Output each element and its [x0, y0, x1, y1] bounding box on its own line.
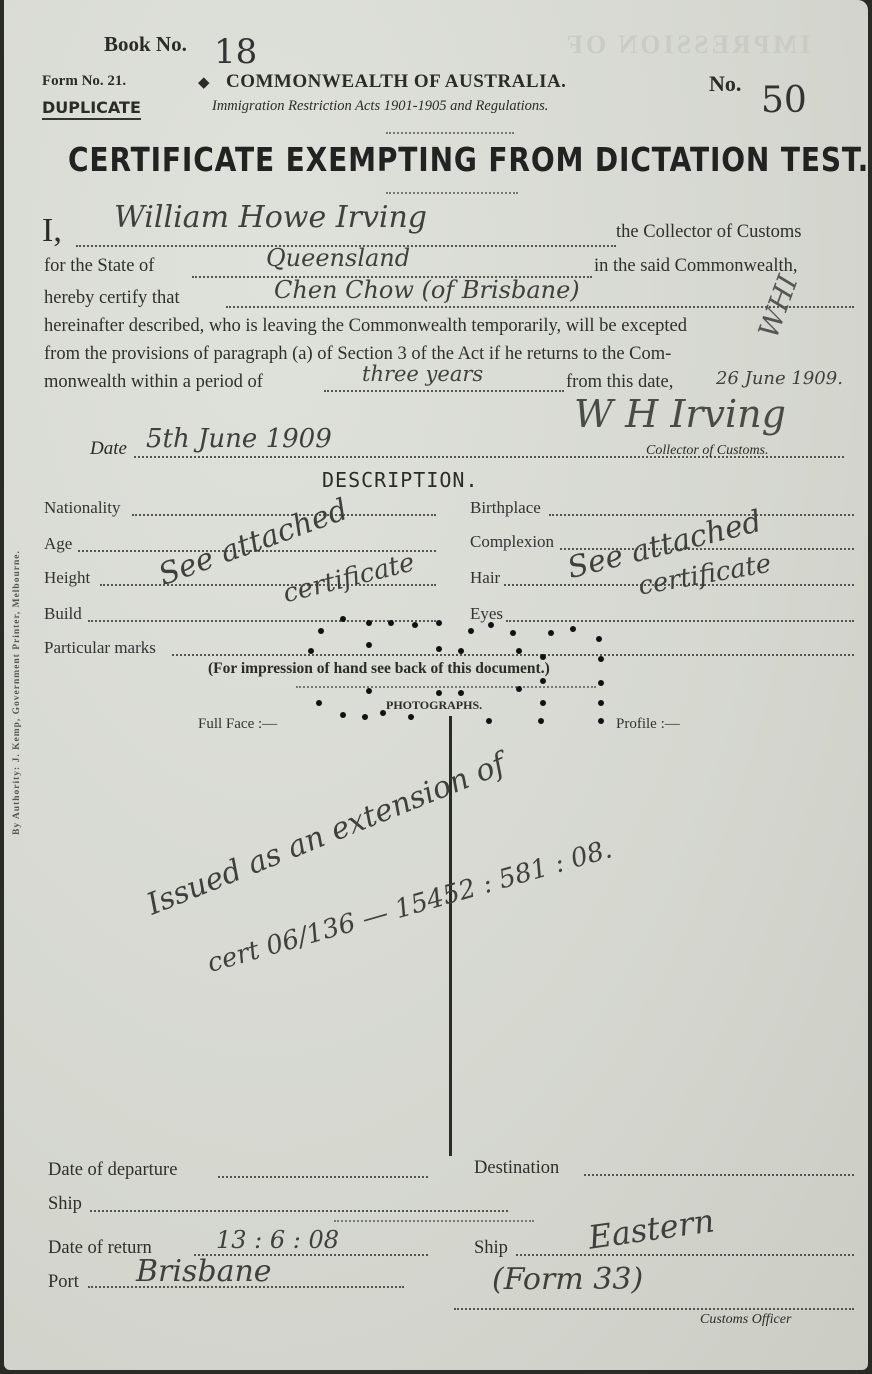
description-heading: DESCRIPTION.	[322, 468, 479, 492]
book-no-label: Book No.	[104, 32, 187, 57]
return-ship-field: Eastern	[586, 1201, 717, 1256]
build-field[interactable]	[88, 620, 436, 622]
page-title: CERTIFICATE EXEMPTING FROM DICTATION TES…	[68, 140, 869, 179]
form-note: (Form 33)	[492, 1262, 643, 1297]
birthplace-label: Birthplace	[470, 498, 541, 518]
complexion-label: Complexion	[470, 532, 554, 552]
certificate-no-value: 50	[761, 80, 807, 121]
period-line	[324, 390, 564, 392]
printer-credit: By Authority: J. Kemp, Government Printe…	[12, 550, 22, 835]
date-field: 5th June 1909	[146, 424, 332, 454]
ornament-photos	[296, 680, 596, 688]
ornament-bottom	[386, 186, 518, 194]
return-date-field: 13 : 6 : 08	[216, 1226, 339, 1254]
eyes-field[interactable]	[506, 620, 854, 622]
ornament-top	[386, 126, 514, 134]
departure-date-label: Date of departure	[48, 1160, 177, 1181]
profile-label: Profile :—	[616, 716, 680, 733]
destination-field[interactable]	[584, 1174, 854, 1176]
period-prefix: monwealth within a period of	[44, 372, 263, 393]
age-label: Age	[44, 534, 72, 554]
return-ship-line	[516, 1254, 854, 1256]
full-face-label: Full Face :—	[198, 716, 277, 733]
hand-impression-note: (For impression of hand see back of this…	[208, 660, 550, 678]
ornament-return	[334, 1214, 534, 1222]
photographs-heading: PHOTOGRAPHS.	[386, 698, 482, 713]
eyes-label: Eyes	[470, 604, 503, 624]
particular-marks-field[interactable]	[172, 654, 854, 656]
state-suffix: in the said Commonwealth,	[594, 256, 797, 277]
certificate-document: IMPRESSION OF Book No. 18 Form No. 21. ◆…	[4, 0, 868, 1370]
certify-prefix: hereby certify that	[44, 288, 180, 309]
customs-officer-line	[454, 1308, 854, 1310]
i-label: I,	[42, 212, 62, 250]
person-field: Chen Chow (of Brisbane)	[274, 276, 580, 304]
birthplace-field[interactable]	[549, 514, 854, 516]
return-ship-label: Ship	[474, 1238, 508, 1259]
faded-back-text: IMPRESSION OF	[564, 30, 810, 60]
departure-ship-label: Ship	[48, 1194, 82, 1215]
collector-name-field: William Howe Irving	[114, 200, 427, 235]
destination-label: Destination	[474, 1158, 559, 1179]
country-heading: COMMONWEALTH OF AUSTRALIA.	[226, 71, 566, 93]
body-line-4: hereinafter described, who is leaving th…	[44, 316, 687, 337]
collector-signature: W H Irving	[574, 392, 786, 436]
diamond-icon: ◆	[198, 73, 210, 92]
period-suffix: from this date,	[566, 372, 673, 393]
customs-officer-label: Customs Officer	[700, 1312, 791, 1328]
acts-subtitle: Immigration Restriction Acts 1901-1905 a…	[212, 98, 548, 115]
expiry-note: 26 June 1909.	[716, 368, 843, 389]
hair-label: Hair	[470, 568, 500, 588]
left-note-line2: certificate	[280, 547, 418, 609]
build-label: Build	[44, 604, 82, 624]
nationality-label: Nationality	[44, 498, 120, 518]
port-field: Brisbane	[136, 1254, 272, 1289]
period-field: three years	[362, 362, 483, 386]
state-field: Queensland	[266, 244, 410, 272]
state-prefix: for the State of	[44, 256, 154, 277]
collector-suffix: the Collector of Customs	[616, 222, 802, 243]
book-no-value: 18	[214, 32, 257, 72]
departure-date-field[interactable]	[218, 1176, 428, 1178]
particular-marks-label: Particular marks	[44, 638, 156, 658]
profile-photo-area	[456, 740, 856, 1150]
body-line-5: from the provisions of paragraph (a) of …	[44, 344, 671, 365]
departure-ship-field[interactable]	[90, 1210, 508, 1212]
certificate-no-label: No.	[709, 71, 741, 97]
date-label: Date	[90, 438, 127, 460]
height-label: Height	[44, 568, 90, 588]
signature-label: Collector of Customs.	[646, 443, 769, 459]
form-number: Form No. 21.	[42, 73, 126, 90]
duplicate-label: DUPLICATE	[42, 98, 141, 120]
port-label: Port	[48, 1272, 79, 1293]
